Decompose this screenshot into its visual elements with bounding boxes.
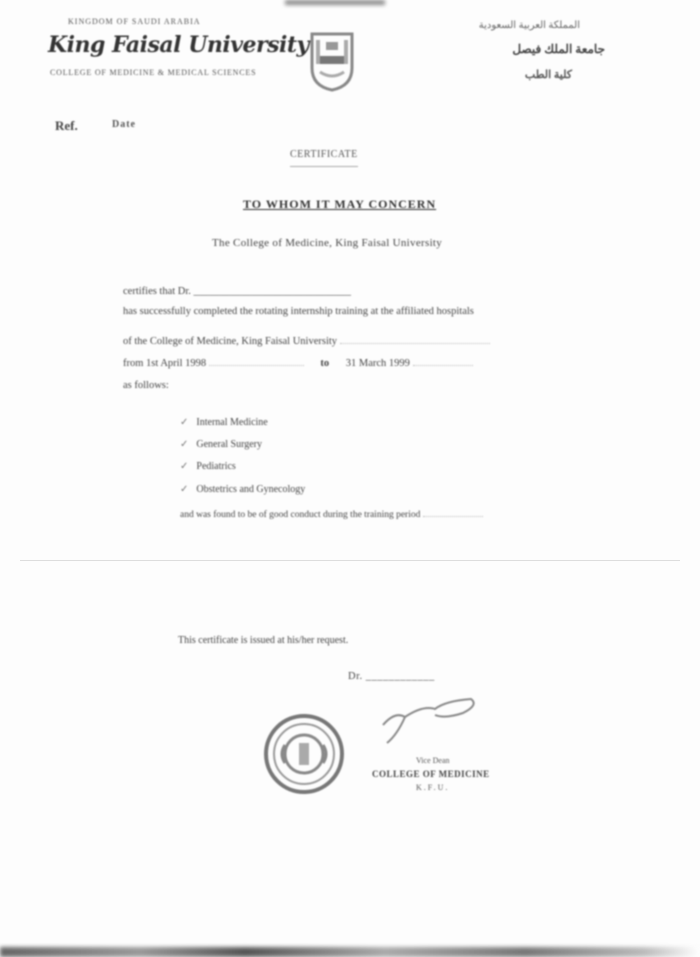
body-line-1: certifies that Dr. _____________________… bbox=[123, 286, 351, 297]
official-seal-icon bbox=[263, 713, 345, 795]
rotation-label: Obstetrics and Gynecology bbox=[196, 484, 305, 495]
letterhead-university-en: King Faisal University bbox=[48, 32, 309, 58]
letterhead-kingdom-ar: المملكة العربية السعودية bbox=[479, 20, 580, 31]
rotation-label: Pediatrics bbox=[196, 461, 235, 472]
reference-date: Date bbox=[112, 119, 136, 130]
reference-number: Ref. bbox=[55, 118, 78, 134]
body-text: of the College of Medicine, King Faisal … bbox=[123, 336, 337, 347]
checkmark-icon: ✓ bbox=[180, 417, 188, 428]
letterhead-kingdom-en: KINGDOM OF SAUDI ARABIA bbox=[68, 17, 201, 26]
fill-line bbox=[413, 355, 473, 366]
letterhead-college-en: COLLEGE OF MEDICINE & MEDICAL SCIENCES bbox=[50, 68, 256, 77]
body-text: as follows: bbox=[123, 380, 169, 391]
signer-title-2: COLLEGE OF MEDICINE bbox=[372, 769, 490, 779]
document-heading: TO WHOM IT MAY CONCERN bbox=[243, 197, 436, 212]
fill-line bbox=[340, 333, 490, 344]
fill-line bbox=[423, 506, 483, 517]
rotation-item: ✓Obstetrics and Gynecology bbox=[180, 484, 305, 495]
body-line-2: has successfully completed the rotating … bbox=[123, 306, 474, 317]
body-text: has successfully completed the rotating … bbox=[123, 306, 474, 317]
checkmark-icon: ✓ bbox=[180, 461, 188, 472]
to-label: to bbox=[320, 358, 329, 369]
body-line-dates: from 1st April 1998 to 31 March 1999 bbox=[123, 355, 473, 369]
checkmark-icon: ✓ bbox=[180, 439, 188, 450]
fill-line bbox=[209, 355, 304, 366]
rotation-item: ✓Pediatrics bbox=[180, 461, 236, 472]
rotation-label: General Surgery bbox=[196, 439, 262, 450]
document-subheading: The College of Medicine, King Faisal Uni… bbox=[212, 237, 442, 249]
rotation-label: Internal Medicine bbox=[196, 417, 267, 428]
document-type-label: CERTIFICATE bbox=[290, 149, 358, 167]
handwritten-signature bbox=[375, 695, 495, 745]
from-label: from bbox=[123, 358, 143, 369]
rotation-item: ✓Internal Medicine bbox=[180, 417, 268, 428]
body-text: certifies that Dr. _____________________… bbox=[123, 286, 351, 297]
checkmark-icon: ✓ bbox=[180, 484, 188, 495]
scan-top-artifact bbox=[285, 0, 385, 5]
signer-title-3: K.F.U. bbox=[416, 783, 449, 792]
body-line-as-follows: as follows: bbox=[123, 380, 169, 391]
rotation-item: ✓General Surgery bbox=[180, 439, 262, 450]
body-text: and was found to be of good conduct duri… bbox=[180, 510, 420, 520]
from-date: 1st April 1998 bbox=[146, 358, 206, 369]
letterhead-college-ar: كلية الطب bbox=[525, 68, 572, 81]
university-emblem-icon bbox=[306, 30, 358, 92]
letterhead-university-ar: جامعة الملك فيصل bbox=[512, 42, 605, 57]
body-line-3: of the College of Medicine, King Faisal … bbox=[123, 333, 490, 347]
scan-bottom-edge bbox=[0, 947, 700, 957]
signer-name: Dr. ____________ bbox=[348, 671, 435, 682]
signature-intro: This certificate is issued at his/her re… bbox=[178, 635, 348, 646]
signer-title-1: Vice Dean bbox=[416, 756, 450, 765]
closing-line: and was found to be of good conduct duri… bbox=[180, 506, 483, 520]
to-date: 31 March 1999 bbox=[346, 358, 410, 369]
scan-artifact bbox=[20, 560, 680, 561]
